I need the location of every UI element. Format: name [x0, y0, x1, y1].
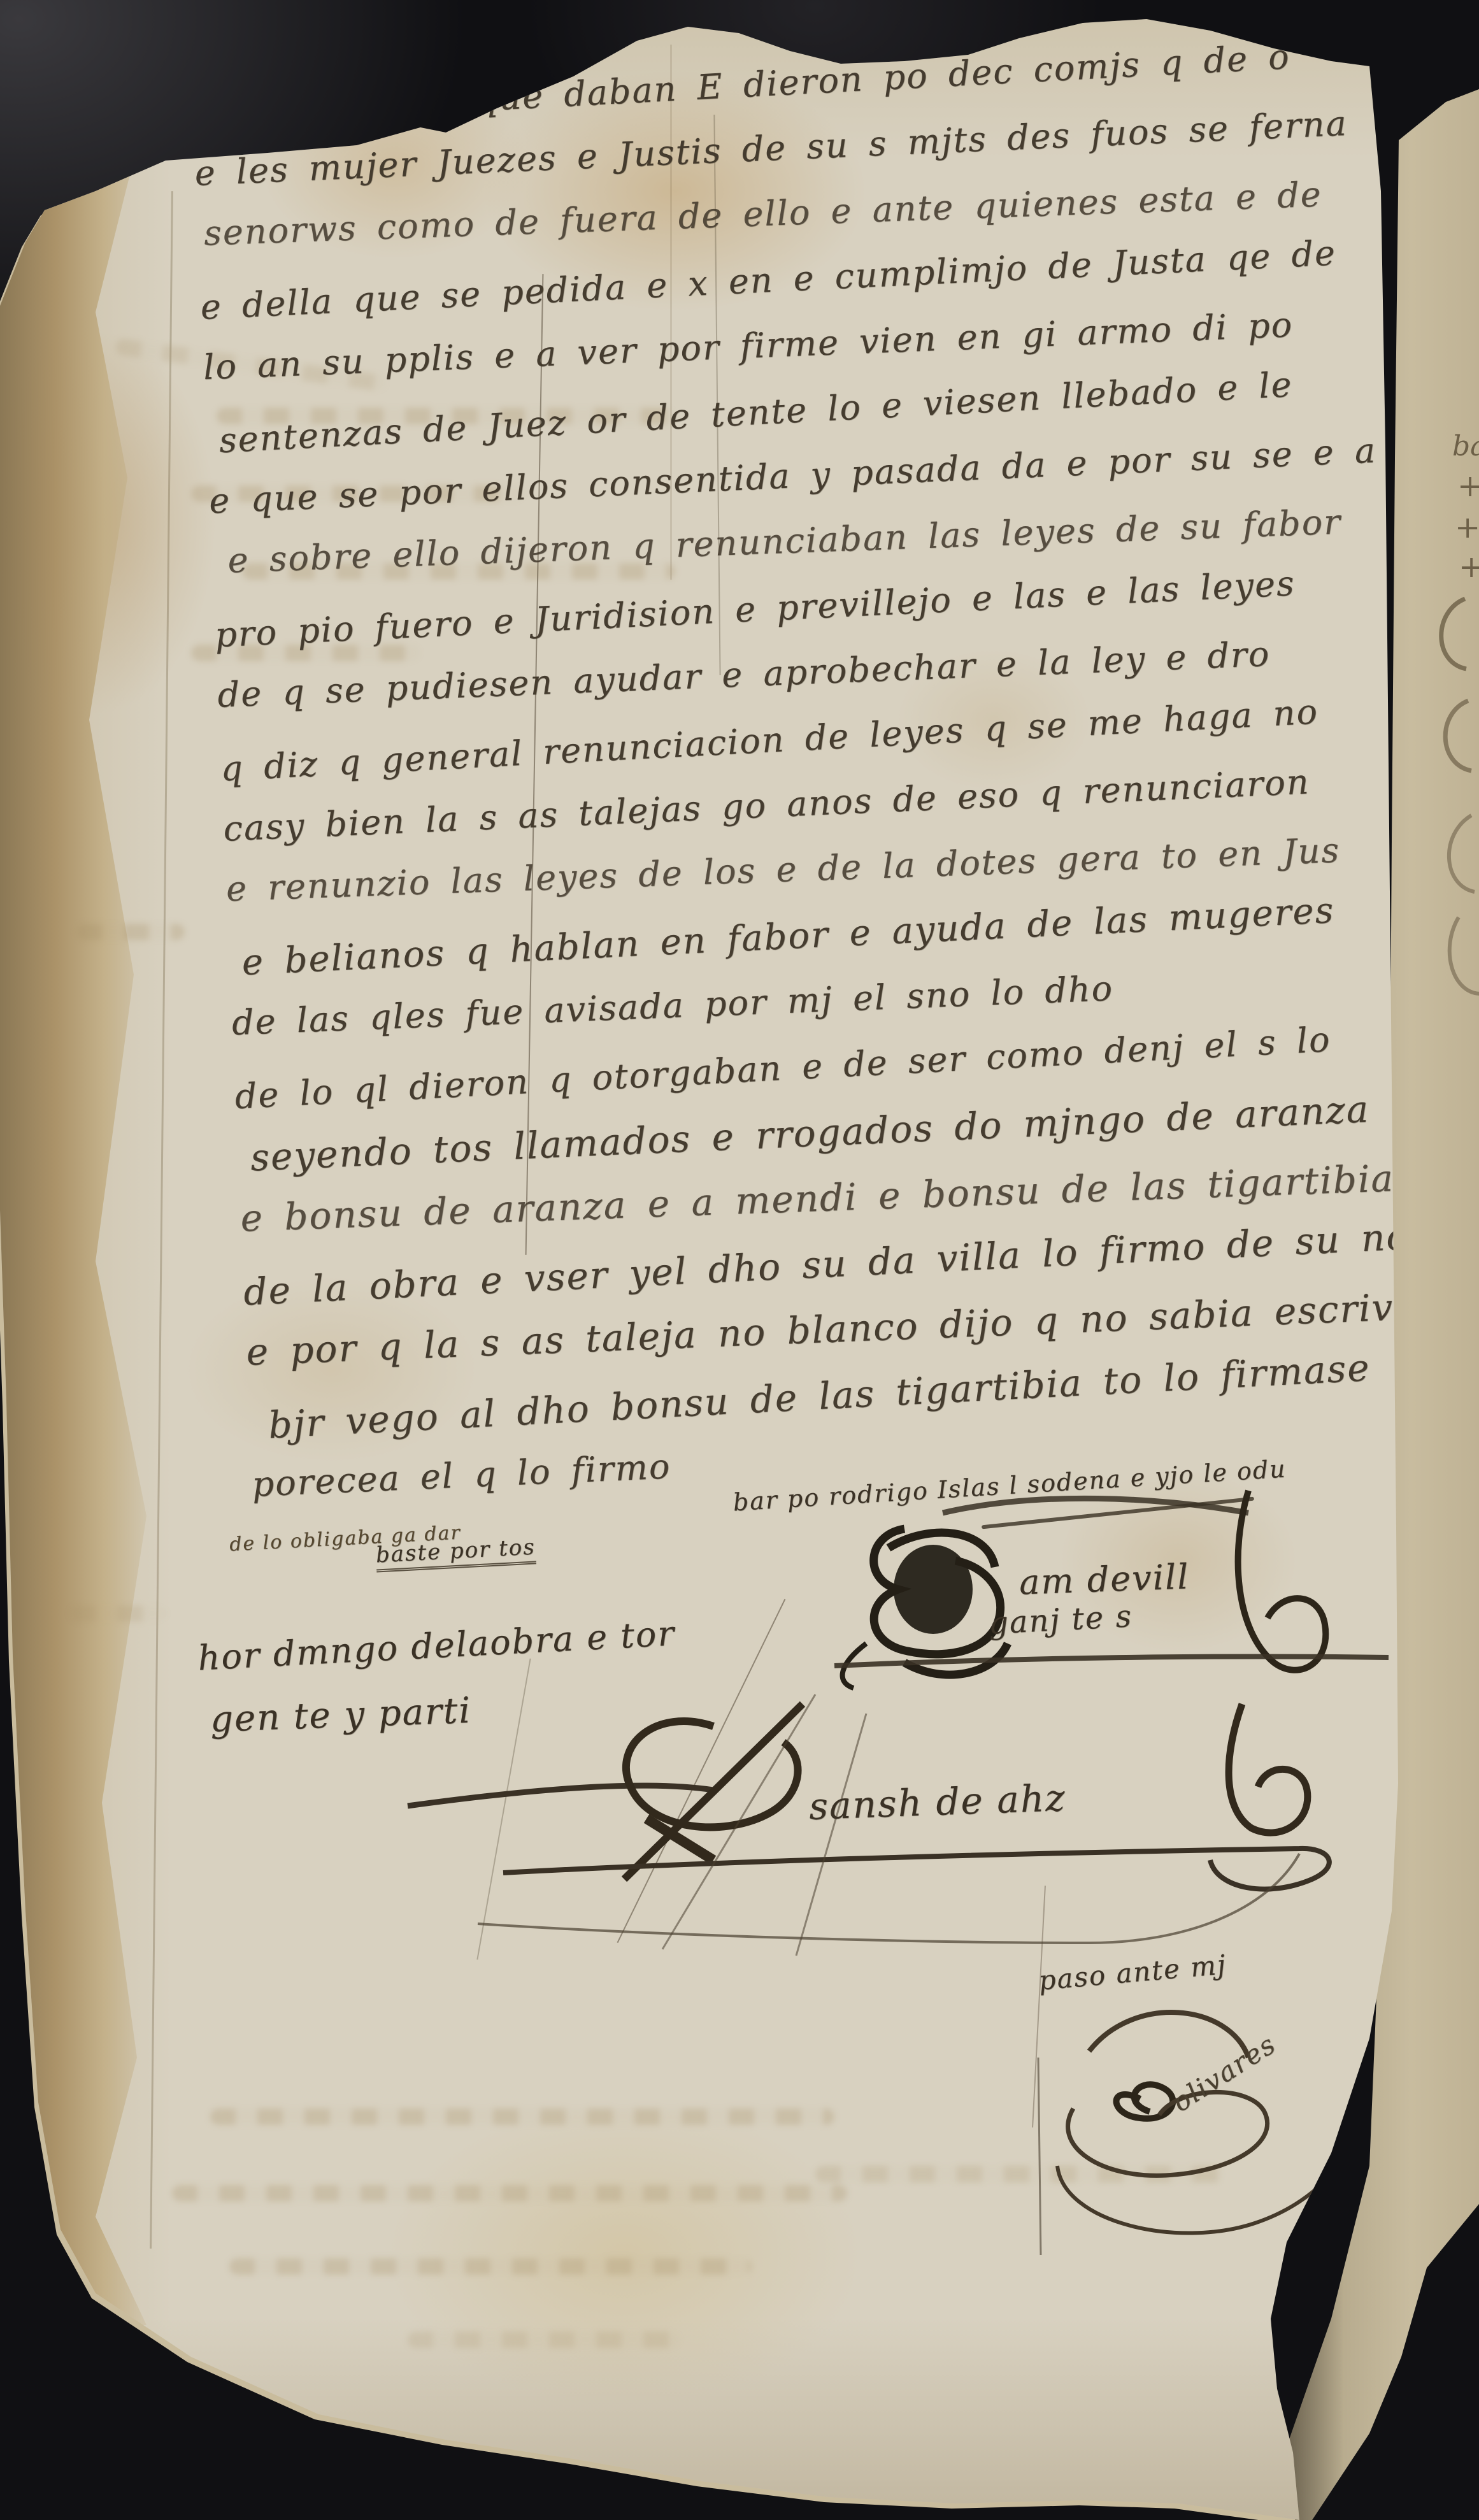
binding-frayed-edge — [0, 147, 162, 2325]
bleedthrough-text — [408, 2331, 682, 2348]
binding-crease — [150, 191, 173, 2249]
signature-1: am devill — [1018, 1556, 1190, 1602]
facing-cross-mark-1: + — [1457, 468, 1479, 504]
signature-1-line2: ganj te s — [988, 1598, 1134, 1642]
facing-word: ba — [1452, 430, 1479, 462]
manuscript-text-block: tpo dieron que daban E dieron po dec com… — [191, 36, 1420, 1533]
bleedthrough-text — [76, 924, 185, 940]
facing-flourish-curls-icon — [1420, 586, 1479, 1032]
manuscript-photo: ba + + + tpo dieron que daban E dieron p… — [0, 0, 1479, 2520]
facing-cross-mark-2: + — [1455, 510, 1479, 545]
bleedthrough-text — [229, 2258, 752, 2275]
bleedthrough-text — [70, 1605, 166, 1622]
manuscript-page: tpo dieron que daban E dieron po dec com… — [0, 0, 1420, 2520]
signature-2: sansh de ahz — [808, 1776, 1067, 1828]
notary-rubric-icon — [1013, 1981, 1369, 2287]
bleedthrough-text — [172, 2185, 847, 2201]
facing-cross-mark-3: + — [1459, 549, 1479, 585]
bleedthrough-text — [210, 2108, 834, 2125]
